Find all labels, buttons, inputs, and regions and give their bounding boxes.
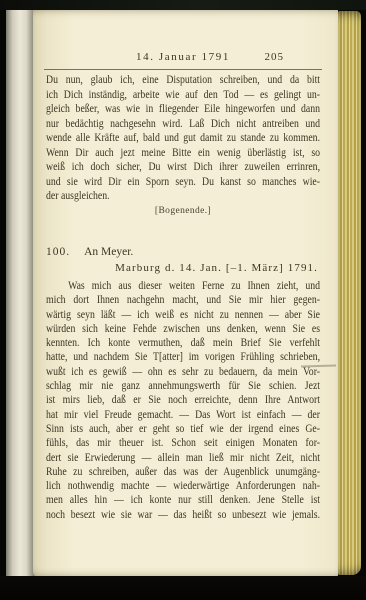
text-line: Was mich aus dieser weiten Ferne zu Ihne… [46, 279, 320, 293]
letter-addressee: An Meyer. [84, 246, 133, 258]
text-line: hat mir viel Freude gemacht. — Das Wort … [46, 408, 320, 422]
book-page: 14. Januar 1791 205 Du nun, glaub ich, e… [33, 9, 338, 577]
book-scan: 14. Januar 1791 205 Du nun, glaub ich, e… [0, 0, 366, 600]
letter-dateline: Marburg d. 14. Jan. [–1. März] 1791. [46, 262, 318, 274]
page-number: 205 [265, 51, 285, 63]
text-line: ist mirs lieb, daß er Sie noch erreichte… [46, 393, 320, 407]
text-line: fühls, das mir theuer ist. Schon seit ei… [46, 436, 320, 450]
text-line: schlag mir nie ganz annehmungswerth für … [46, 379, 320, 393]
text-line: nur bedächtig nachgesehn wird. Laß Dich … [46, 117, 320, 132]
header-rule [44, 69, 322, 70]
background-bottom-band [0, 576, 366, 600]
running-header: 14. Januar 1791 205 [46, 51, 320, 65]
bogenende-note: [Bogenende.] [46, 206, 320, 216]
text-line: hatte, und nachdem Sie T[atter] im vorig… [46, 350, 320, 364]
text-line: wärtig seyn läßt — ich weiß es nicht zu … [46, 308, 320, 322]
text-line: gleich beßer, was wie in fliegender Eile… [46, 102, 320, 117]
background-top-band [0, 0, 366, 10]
text-line: noch besezt wie sie war — das heißt so u… [46, 508, 320, 522]
text-line: und sie wird Dir ein Sporn seyn. Du kans… [46, 175, 320, 190]
text-line: Du nun, glaub ich, eine Disputation schr… [46, 73, 320, 88]
text-line: Sinn ists auch, aber er geht so tief wie… [46, 422, 320, 436]
stacked-page-edges [338, 11, 361, 575]
text-line: dert sie Erwiederung — allein man ließ m… [46, 451, 320, 465]
text-line: wende alle Kräfte auf, bald und gut dami… [46, 131, 320, 146]
text-line: würden sich keine Fehde zwischen uns den… [46, 322, 320, 336]
facing-page-edge [6, 7, 35, 577]
text-line: ich Dich inständig, arbeite wie auf den … [46, 88, 320, 103]
text-line: Ruhe zu schreiben, außer das was der Aug… [46, 465, 320, 479]
letter-number: 100. [46, 246, 70, 258]
text-line: der ausgleichen. [46, 189, 320, 204]
text-line: Wenn Dir auch jezt meine Bitte ein wenig… [46, 146, 320, 161]
paragraph-continuation: Du nun, glaub ich, eine Disputation schr… [46, 73, 320, 204]
letter-heading: 100.An Meyer. [46, 246, 320, 258]
text-line: mich dort Ihnen nachgehn macht, und Sie … [46, 293, 320, 307]
text-line: wußt ich es gewiß — ohn es sehr zu bedau… [46, 365, 320, 379]
letter-body: Was mich aus dieser weiten Ferne zu Ihne… [46, 279, 320, 522]
text-line: men alles hin — ich konte nur still denk… [46, 493, 320, 507]
text-line: weiß ich doch sicher, Du wirst Dich ihre… [46, 160, 320, 175]
text-line: kennten. Ich konte vermuthen, daß mein B… [46, 336, 320, 350]
text-line: lich nothwendig machte — wiederwärtige A… [46, 479, 320, 493]
